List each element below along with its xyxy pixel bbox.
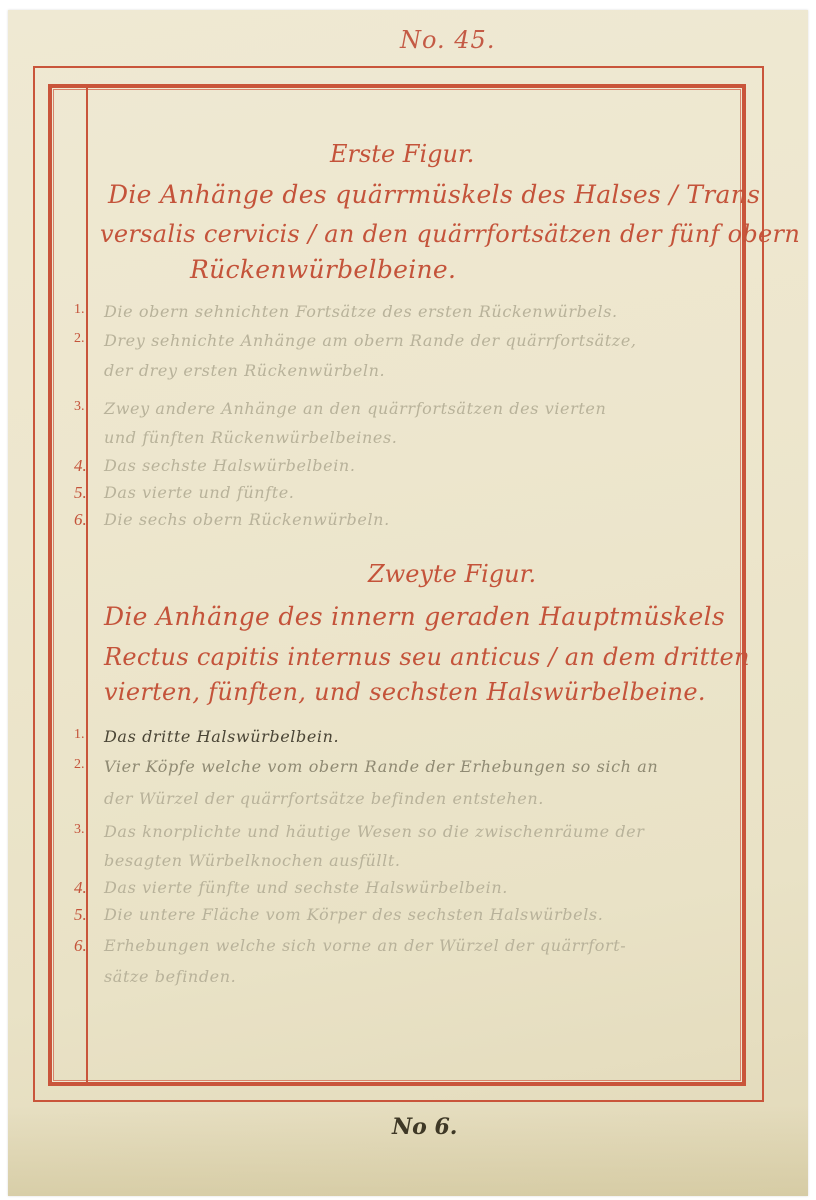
figure2-item: 5. Die untere Fläche vom Körper des sech…: [0, 905, 816, 929]
item-number: 1.: [74, 302, 94, 318]
figure1-item-continuation: der drey ersten Rückenwürbeln.: [0, 361, 816, 385]
item-text: Vier Köpfe welche vom obern Rande der Er…: [104, 757, 658, 776]
figure2-item-continuation: der Würzel der quärrfortsätze befinden e…: [0, 789, 816, 813]
figure1-title: Erste Figur.: [330, 140, 474, 168]
figure2-item: 2. Vier Köpfe welche vom obern Rande der…: [0, 757, 816, 781]
item-text: Das dritte Halswürbelbein.: [104, 727, 339, 746]
page-number: No. 45.: [400, 26, 495, 54]
item-text: sätze befinden.: [104, 967, 236, 986]
item-text: Das knorplichte und häutige Wesen so die…: [104, 822, 645, 841]
figure1-item: 1. Die obern sehnichten Fortsätze des er…: [0, 302, 816, 326]
figure2-item-continuation: sätze befinden.: [0, 967, 816, 991]
figure1-caption-line: Rückenwürbelbeine.: [190, 255, 456, 284]
figure1-item-continuation: und fünften Rückenwürbelbeines.: [0, 428, 816, 452]
figure1-item: 6. Die sechs obern Rückenwürbeln.: [0, 510, 816, 534]
figure1-item: 2. Drey sehnichte Anhänge am obern Rande…: [0, 331, 816, 355]
item-text: der Würzel der quärrfortsätze befinden e…: [104, 789, 544, 808]
figure2-caption-line: Rectus capitis internus seu anticus / an…: [104, 643, 750, 671]
item-number: 2.: [74, 331, 94, 347]
figure1-item: 3. Zwey andere Anhänge an den quärrforts…: [0, 399, 816, 423]
item-text: Das sechste Halswürbelbein.: [104, 456, 356, 475]
item-text: besagten Würbelknochen ausfüllt.: [104, 851, 401, 870]
item-text: Zwey andere Anhänge an den quärrfortsätz…: [104, 399, 606, 418]
plate-number: No 6.: [392, 1114, 457, 1140]
figure2-caption-line: vierten, fünften, und sechsten Halswürbe…: [104, 678, 706, 706]
figure1-caption-line: versalis cervicis / an den quärrfortsätz…: [100, 220, 800, 248]
figure2-item: 3. Das knorplichte und häutige Wesen so …: [0, 822, 816, 846]
item-text: Die untere Fläche vom Körper des sechste…: [104, 905, 603, 924]
item-text: Die sechs obern Rückenwürbeln.: [104, 510, 390, 529]
figure2-title: Zweyte Figur.: [368, 560, 536, 588]
figure1-caption-line: Die Anhänge des quärrmüskels des Halses …: [108, 180, 760, 209]
figure1-item: 4. Das sechste Halswürbelbein.: [0, 456, 816, 480]
figure2-item: 6. Erhebungen welche sich vorne an der W…: [0, 936, 816, 960]
item-number: 5.: [74, 483, 94, 503]
item-number: 3.: [74, 822, 94, 838]
numbering-margin-rule: [86, 86, 88, 1084]
item-text: Das vierte und fünfte.: [104, 483, 295, 502]
figure2-item: 1. Das dritte Halswürbelbein.: [0, 727, 816, 751]
figure2-caption-line: Die Anhänge des innern geraden Hauptmüsk…: [104, 602, 725, 631]
item-text: Erhebungen welche sich vorne an der Würz…: [104, 936, 626, 955]
item-number: 4.: [74, 456, 94, 476]
item-number: 1.: [74, 727, 94, 743]
item-number: 2.: [74, 757, 94, 773]
item-text: Das vierte fünfte und sechste Halswürbel…: [104, 878, 508, 897]
item-number: 6.: [74, 936, 94, 956]
figure2-item: 4. Das vierte fünfte und sechste Halswür…: [0, 878, 816, 902]
item-text: Die obern sehnichten Fortsätze des erste…: [104, 302, 618, 321]
item-text: Drey sehnichte Anhänge am obern Rande de…: [104, 331, 637, 350]
item-number: 4.: [74, 878, 94, 898]
item-text: der drey ersten Rückenwürbeln.: [104, 361, 385, 380]
item-number: 3.: [74, 399, 94, 415]
figure1-item: 5. Das vierte und fünfte.: [0, 483, 816, 507]
item-number: 6.: [74, 510, 94, 530]
item-number: 5.: [74, 905, 94, 925]
item-text: und fünften Rückenwürbelbeines.: [104, 428, 397, 447]
figure2-item-continuation: besagten Würbelknochen ausfüllt.: [0, 851, 816, 875]
